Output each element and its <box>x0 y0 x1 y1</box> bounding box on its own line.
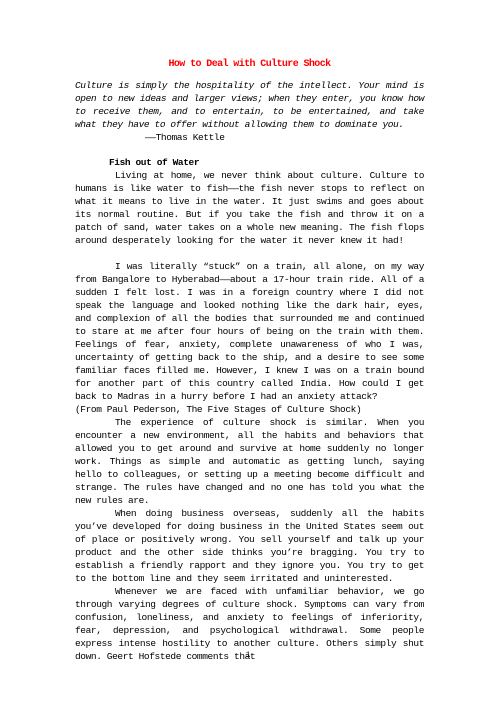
section-heading: Fish out of Water <box>109 156 424 169</box>
document-title: How to Deal with Culture Shock <box>75 58 424 71</box>
paragraph: I was literally “stuck” on a train, all … <box>75 260 424 403</box>
paragraph: Living at home, we never think about cul… <box>75 169 424 247</box>
document-page: How to Deal with Culture Shock Culture i… <box>0 0 496 702</box>
epigraph-attribution: ——Thomas Kettle <box>145 131 424 144</box>
paragraph: The experience of culture shock is simil… <box>75 416 424 507</box>
epigraph-quote: Culture is simply the hospitality of the… <box>75 79 424 131</box>
paragraph: When doing business overseas, suddenly a… <box>75 507 424 585</box>
paragraph: (From Paul Pederson, The Five Stages of … <box>75 403 424 416</box>
page-number: 1 <box>0 649 496 662</box>
body-paragraphs: Living at home, we never think about cul… <box>75 169 424 663</box>
